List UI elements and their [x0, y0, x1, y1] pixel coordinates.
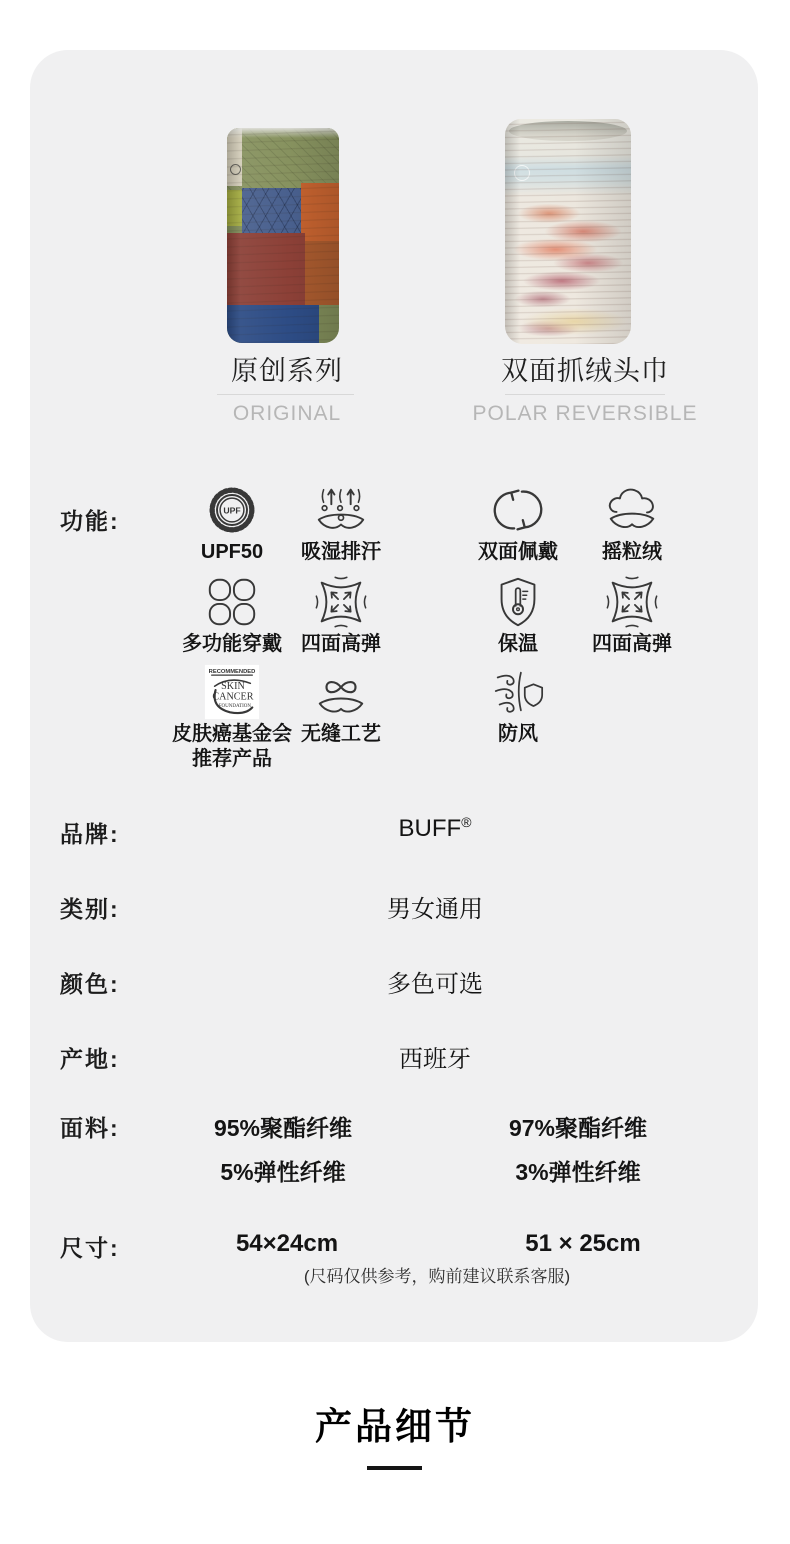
- spec-label-size: 尺寸:: [60, 1230, 120, 1263]
- feature-four-way-stretch-right: 四面高弹: [547, 573, 717, 656]
- product-detail-page: { "products": { "left": {"name": "原创系列",…: [0, 0, 790, 1544]
- spec-value-brand: BUFF®: [285, 814, 585, 843]
- scf-skin-text: SKIN: [221, 681, 245, 692]
- seamless-infinity-icon: [312, 663, 370, 721]
- scf-cancer-text: CANCER: [212, 692, 253, 703]
- scf-foundation-text: FOUNDATION: [219, 704, 252, 709]
- thermo-shield-icon: [489, 573, 547, 631]
- fabric-right-line1: 97%聚酯纤维: [509, 1110, 647, 1143]
- spec-value-origin: 西班牙: [285, 1039, 585, 1074]
- moisture-wicking-icon: [312, 481, 370, 539]
- feature-caption: 防风: [433, 722, 603, 746]
- divider-left: [217, 394, 354, 395]
- product-subtitle-right: POLAR REVERSIBLE: [465, 402, 705, 426]
- size-right-value: 51 × 25cm: [525, 1230, 640, 1258]
- multifunction-wear-icon: [203, 573, 261, 631]
- skin-cancer-foundation-badge: RECOMMENDED SKIN CANCER FOUNDATION: [203, 663, 261, 721]
- feature-caption: 四面高弹: [256, 632, 426, 656]
- upf-sun-icon: UPF: [203, 481, 261, 539]
- four-way-stretch-icon: [312, 573, 370, 631]
- product-name-right: 双面抓绒头巾: [465, 349, 705, 388]
- feature-four-way-stretch-left: 四面高弹: [256, 573, 426, 656]
- fabric-left-line2: 5%弹性纤维: [220, 1154, 345, 1187]
- product-photo-original: [227, 128, 339, 343]
- spec-label-brand: 品牌:: [60, 816, 120, 849]
- fleece-cloud-icon: [603, 481, 661, 539]
- brand-text: BUFF: [399, 815, 462, 842]
- upf-badge-text: UPF: [223, 505, 240, 515]
- product-subtitle-left: ORIGINAL: [167, 402, 407, 426]
- feature-caption: 摇粒绒: [547, 540, 717, 564]
- reversible-arrows-icon: [489, 481, 547, 539]
- cylinder-shading-overlay: [227, 128, 339, 343]
- fabric-right-line2: 3%弹性纤维: [515, 1154, 640, 1187]
- spec-label-color: 颜色:: [60, 966, 120, 999]
- product-photo-polar-reversible: [505, 119, 631, 344]
- feature-moisture-wicking: 吸湿排汗: [256, 481, 426, 564]
- product-name-left: 原创系列: [167, 349, 407, 388]
- features-row-label: 功能:: [60, 503, 120, 536]
- scf-recommended-text: RECOMMENDED: [209, 669, 256, 675]
- registered-mark: ®: [461, 814, 471, 830]
- feature-windproof: 防风: [433, 663, 603, 746]
- detail-section-title: 产品细节: [0, 1396, 790, 1450]
- feature-seamless: 无缝工艺: [256, 663, 426, 746]
- four-way-stretch-icon: [603, 573, 661, 631]
- feature-caption: 四面高弹: [547, 632, 717, 656]
- feature-caption: 吸湿排汗: [256, 540, 426, 564]
- spec-value-category: 男女通用: [285, 889, 585, 924]
- size-left-value: 54×24cm: [236, 1230, 338, 1258]
- size-note: (尺码仅供参考，购前建议联系客服): [137, 1262, 737, 1287]
- spec-label-origin: 产地:: [60, 1041, 120, 1074]
- spec-value-color: 多色可选: [285, 964, 585, 999]
- fabric-left-line1: 95%聚酯纤维: [214, 1110, 352, 1143]
- detail-title-underline: [367, 1466, 422, 1470]
- feature-caption: 无缝工艺: [256, 722, 426, 746]
- cylinder-shading-overlay: [505, 119, 631, 344]
- windproof-icon: [489, 663, 547, 721]
- feature-fleece: 摇粒绒: [547, 481, 717, 564]
- feature-caption-line2: 推荐产品: [147, 747, 317, 771]
- spec-label-category: 类别:: [60, 891, 120, 924]
- spec-label-fabric: 面料:: [60, 1110, 120, 1143]
- divider-right: [505, 394, 665, 395]
